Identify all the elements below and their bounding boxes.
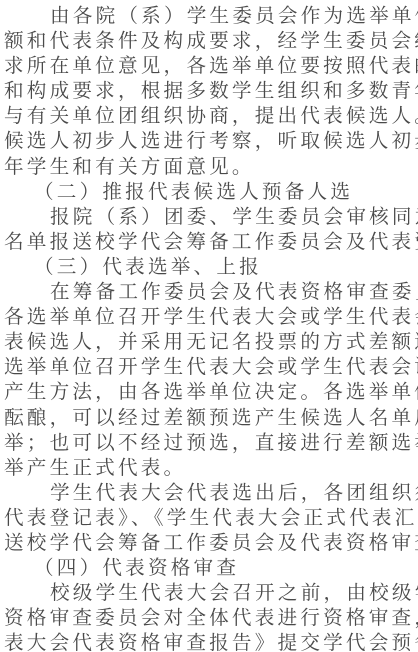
paragraph-line: 举产生正式代表。 [4, 455, 416, 480]
section-heading-4: （四）代表资格审查 [4, 555, 416, 580]
paragraph-line: 表大会代表资格审查报告》提交学代会预备会议审议。 [4, 630, 416, 652]
paragraph-line: 校级学生代表大会召开之前，由校级学生代表大会代表 [4, 580, 416, 605]
paragraph-line: 和构成要求，根据多数学生组织和多数青年学生的意见，经 [4, 78, 416, 103]
section-heading-2: （二）推报代表候选人预备人选 [4, 179, 416, 204]
paragraph-line: 候选人初步人选进行考察，听取候选人初步人选所在单位青 [4, 128, 416, 153]
paragraph-line: 表候选人，并采用无记名投票的方式差额选举产生代表。各 [4, 329, 416, 354]
paragraph-line: 选举单位召开学生代表大会或学生代表会议的代表名额及 [4, 354, 416, 379]
paragraph-line: 求所在单位意见，各选举单位要按照代表的条件、分配名额 [4, 53, 416, 78]
paragraph-line: 产生方法，由各选举单位决定。各选举单位在选举前要充分 [4, 379, 416, 404]
paragraph-line: 额和代表条件及构成要求，经学生委员会组织民主选举并征 [4, 28, 416, 53]
paragraph-line: 名单报送校学代会筹备工作委员会及代表资格审查委员会。 [4, 229, 416, 254]
paragraph-line: 举；也可以不经过预选，直接进行差额选举，经召开会议选 [4, 430, 416, 455]
paragraph-line: 各选举单位召开学生代表大会或学生代表会议，酝酿确定代 [4, 304, 416, 329]
paragraph-line: 代表登记表》、《学生代表大会正式代表汇总表》纸质版报 [4, 505, 416, 530]
paragraph-line: 由各院（系）学生委员会作为选举单位，按照分配的名 [4, 3, 416, 28]
paragraph-line: 学生代表大会代表选出后，各团组织须《学生代表大会 [4, 480, 416, 505]
paragraph-line: 报院（系）团委、学生委员会审核同意，将代表候选人 [4, 204, 416, 229]
paragraph-line: 与有关单位团组织协商，提出代表候选人。各选举单位要对 [4, 103, 416, 128]
paragraph-line: 年学生和有关方面意见。 [4, 154, 416, 179]
section-heading-3: （三）代表选举、上报 [4, 254, 416, 279]
paragraph-line: 在筹备工作委员会及代表资格审查委员会初审同意后， [4, 279, 416, 304]
document-body: 由各院（系）学生委员会作为选举单位，按照分配的名 额和代表条件及构成要求，经学生… [4, 3, 416, 652]
paragraph-line: 资格审查委员会对全体代表进行资格审查，并形成《学生代 [4, 605, 416, 630]
paragraph-line: 酝酿，可以经过差额预选产生候选人名单后，再进行正式选 [4, 405, 416, 430]
paragraph-line: 送校学代会筹备工作委员会及代表资格审查委员会。 [4, 530, 416, 555]
